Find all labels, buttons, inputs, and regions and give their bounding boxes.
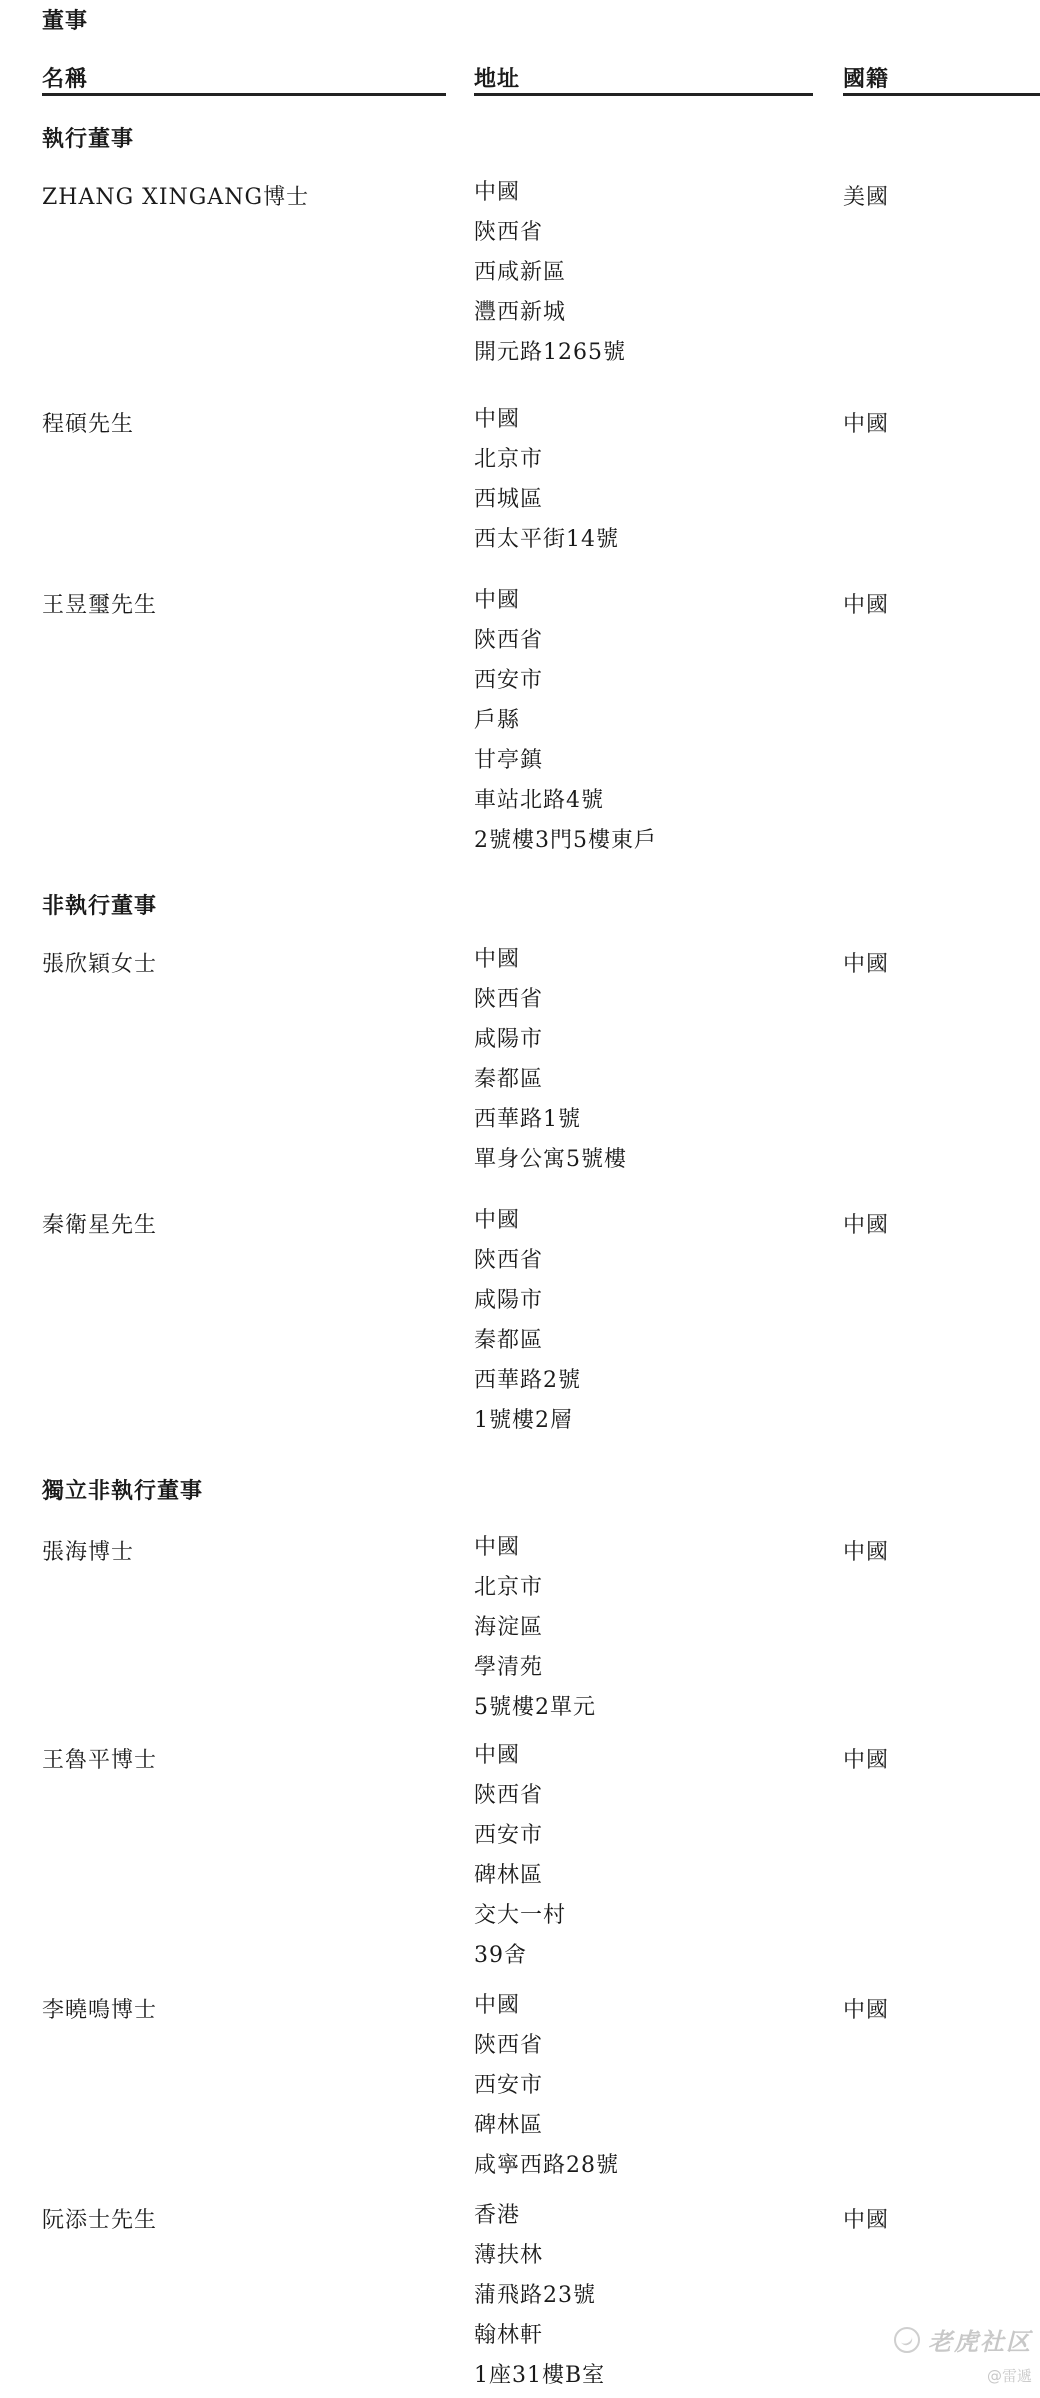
director-nationality: 中國 [843,1993,889,2024]
director-address: 中國 陝西省 西安市 碑林區 交大一村 39舍 [474,1743,566,1983]
director-nationality: 中國 [843,1743,889,1774]
address-line: 碑林區 [474,1863,566,1903]
section-title-executive-directors: 執行董事 [42,122,134,153]
column-header-address: 地址 [474,62,813,96]
director-nationality: 中國 [843,588,889,619]
address-line: 中國 [474,947,627,987]
address-line: 中國 [474,180,626,220]
address-line: 陝西省 [474,628,657,668]
director-address: 中國 陝西省 西安市 戶縣 甘亭鎮 車站北路4號 2號樓3門5樓東戶 [474,588,657,868]
section-title-non-executive-directors: 非執行董事 [42,889,157,920]
address-line: 香港 [474,2203,605,2243]
address-line: 開元路1265號 [474,340,626,380]
address-line: 陝西省 [474,2033,619,2073]
address-line: 39舍 [474,1943,566,1983]
section-title-independent-non-executive-directors: 獨立非執行董事 [42,1474,203,1505]
tiger-logo-icon [894,2327,920,2353]
director-name: 程碩先生 [42,407,134,438]
address-line: 5號樓2單元 [474,1695,596,1735]
address-line: 西安市 [474,2073,619,2113]
director-address: 中國 北京市 西城區 西太平街14號 [474,407,619,567]
address-line: 秦都區 [474,1328,581,1368]
address-line: 咸寧西路28號 [474,2153,619,2193]
director-address: 中國 北京市 海淀區 學清苑 5號樓2單元 [474,1535,596,1735]
address-line: 西安市 [474,1823,566,1863]
column-header-name: 名稱 [42,62,446,96]
address-line: 2號樓3門5樓東戶 [474,828,657,868]
address-line: 西城區 [474,487,619,527]
director-address: 中國 陝西省 咸陽市 秦都區 西華路2號 1號樓2層 [474,1208,581,1448]
watermark-user: @雷遞 [894,2365,1032,2386]
watermark-brand: 老虎社区 [928,2322,1032,2357]
director-name: 阮添士先生 [42,2203,157,2234]
address-line: 海淀區 [474,1615,596,1655]
address-line: 翰林軒 [474,2323,605,2363]
address-line: 北京市 [474,1575,596,1615]
address-line: 西安市 [474,668,657,708]
director-name: ZHANG XINGANG博士 [42,180,309,211]
address-line: 學清苑 [474,1655,596,1695]
director-address: 中國 陝西省 西咸新區 灃西新城 開元路1265號 [474,180,626,380]
director-name: 王魯平博士 [42,1743,157,1774]
address-line: 陝西省 [474,1248,581,1288]
address-line: 陝西省 [474,987,627,1027]
page-title: 董事 [42,4,88,35]
director-name: 李曉鳴博士 [42,1993,157,2024]
director-name: 張欣穎女士 [42,947,157,978]
address-line: 碑林區 [474,2113,619,2153]
address-line: 陝西省 [474,220,626,260]
address-line: 西太平街14號 [474,527,619,567]
address-line: 西華路2號 [474,1368,581,1408]
director-name: 張海博士 [42,1535,134,1566]
director-address: 香港 薄扶林 蒲飛路23號 翰林軒 1座31樓B室 [474,2203,605,2398]
address-line: 西華路1號 [474,1107,627,1147]
address-line: 單身公寓5號樓 [474,1147,627,1187]
address-line: 中國 [474,1208,581,1248]
address-line: 咸陽市 [474,1288,581,1328]
address-line: 蒲飛路23號 [474,2283,605,2323]
address-line: 秦都區 [474,1067,627,1107]
address-line: 中國 [474,1535,596,1575]
director-nationality: 中國 [843,1208,889,1239]
address-line: 戶縣 [474,708,657,748]
address-line: 中國 [474,1993,619,2033]
director-address: 中國 陝西省 咸陽市 秦都區 西華路1號 單身公寓5號樓 [474,947,627,1187]
address-line: 交大一村 [474,1903,566,1943]
director-address: 中國 陝西省 西安市 碑林區 咸寧西路28號 [474,1993,619,2193]
address-line: 咸陽市 [474,1027,627,1067]
address-line: 中國 [474,407,619,447]
address-line: 車站北路4號 [474,788,657,828]
address-line: 北京市 [474,447,619,487]
column-header-nationality: 國籍 [843,62,1040,96]
director-nationality: 美國 [843,180,889,211]
director-nationality: 中國 [843,407,889,438]
address-line: 1座31樓B室 [474,2363,605,2398]
address-line: 薄扶林 [474,2243,605,2283]
director-nationality: 中國 [843,2203,889,2234]
director-name: 王昱璽先生 [42,588,157,619]
watermark: 老虎社区 @雷遞 [894,2322,1032,2386]
address-line: 1號樓2層 [474,1408,581,1448]
address-line: 甘亭鎮 [474,748,657,788]
address-line: 灃西新城 [474,300,626,340]
address-line: 西咸新區 [474,260,626,300]
address-line: 中國 [474,1743,566,1783]
director-nationality: 中國 [843,947,889,978]
address-line: 陝西省 [474,1783,566,1823]
director-name: 秦衛星先生 [42,1208,157,1239]
director-nationality: 中國 [843,1535,889,1566]
address-line: 中國 [474,588,657,628]
